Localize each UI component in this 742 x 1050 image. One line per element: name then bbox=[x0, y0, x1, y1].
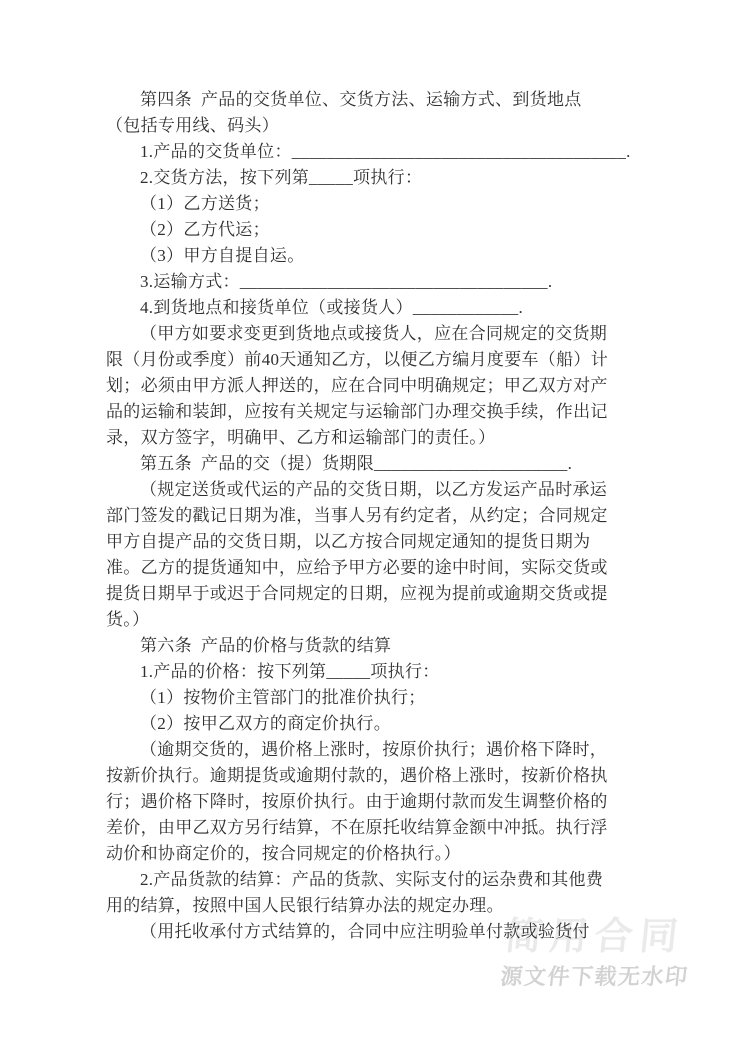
document-line: 差价，由甲乙双方另行结算，不在原托收结算金额中冲抵。执行浮 bbox=[106, 815, 651, 841]
document-line: 第五条 产品的交（提）货期限______________________. bbox=[106, 451, 651, 477]
contract-text-body: 第四条 产品的交货单位、交货方法、运输方式、到货地点（包括专用线、码头）1.产品… bbox=[106, 87, 651, 945]
document-line: （逾期交货的，遇价格上涨时，按原价执行；遇价格下降时， bbox=[106, 737, 651, 763]
watermark-tagline-text: 源文件下载无水印 bbox=[499, 964, 690, 990]
document-line: 准。乙方的提货通知中，应给予甲方必要的途中时间，实际交货或 bbox=[106, 555, 651, 581]
document-line: 行；遇价格下降时，按原价执行。由于逾期付款而发生调整价格的 bbox=[106, 789, 651, 815]
document-line: 甲方自提产品的交货日期，以乙方按合同规定通知的提货日期为 bbox=[106, 529, 651, 555]
document-line: （2）乙方代运； bbox=[106, 217, 651, 243]
document-line: 货。） bbox=[106, 607, 651, 633]
document-line: （包括专用线、码头） bbox=[106, 113, 651, 139]
document-line: 用的结算，按照中国人民银行结算办法的规定办理。 bbox=[106, 893, 651, 919]
contract-page: 简用合同 源文件下载无水印 第四条 产品的交货单位、交货方法、运输方式、到货地点… bbox=[0, 0, 742, 1050]
document-line: 第六条 产品的价格与货款的结算 bbox=[106, 633, 651, 659]
document-line: 录，双方签字，明确甲、乙方和运输部门的责任。） bbox=[106, 425, 651, 451]
document-line: 1.产品的价格：按下列第_____项执行： bbox=[106, 659, 651, 685]
document-line: 2.交货方法，按下列第_____项执行： bbox=[106, 165, 651, 191]
document-line: （规定送货或代运的产品的交货日期，以乙方发运产品时承运 bbox=[106, 477, 651, 503]
document-line: （2）按甲乙双方的商定价执行。 bbox=[106, 711, 651, 737]
document-line: 1.产品的交货单位：______________________________… bbox=[106, 139, 651, 165]
document-line: 品的运输和装卸，应按有关规定与运输部门办理交换手续，作出记 bbox=[106, 399, 651, 425]
document-line: 限（月份或季度）前40天通知乙方，以便乙方编月度要车（船）计 bbox=[106, 347, 651, 373]
document-line: 按新价执行。逾期提货或逾期付款的，遇价格上涨时，按新价格执 bbox=[106, 763, 651, 789]
document-line: 2.产品货款的结算：产品的货款、实际支付的运杂费和其他费 bbox=[106, 867, 651, 893]
document-line: 第四条 产品的交货单位、交货方法、运输方式、到货地点 bbox=[106, 87, 651, 113]
document-line: （1）按物价主管部门的批准价执行； bbox=[106, 685, 651, 711]
document-line: 3.运输方式：_________________________________… bbox=[106, 269, 651, 295]
document-line: 动价和协商定价的，按合同规定的价格执行。） bbox=[106, 841, 651, 867]
document-line: （甲方如要求变更到货地点或接货人，应在合同规定的交货期 bbox=[106, 321, 651, 347]
document-line: （1）乙方送货； bbox=[106, 191, 651, 217]
document-line: （3）甲方自提自运。 bbox=[106, 243, 651, 269]
document-line: （用托收承付方式结算的，合同中应注明验单付款或验货付 bbox=[106, 919, 651, 945]
document-line: 4.到货地点和接货单位（或接货人）____________. bbox=[106, 295, 651, 321]
document-line: 提货日期早于或迟于合同规定的日期，应视为提前或逾期交货或提 bbox=[106, 581, 651, 607]
document-line: 划；必须由甲方派人押送的，应在合同中明确规定；甲乙双方对产 bbox=[106, 373, 651, 399]
document-line: 部门签发的戳记日期为准，当事人另有约定者，从约定；合同规定 bbox=[106, 503, 651, 529]
